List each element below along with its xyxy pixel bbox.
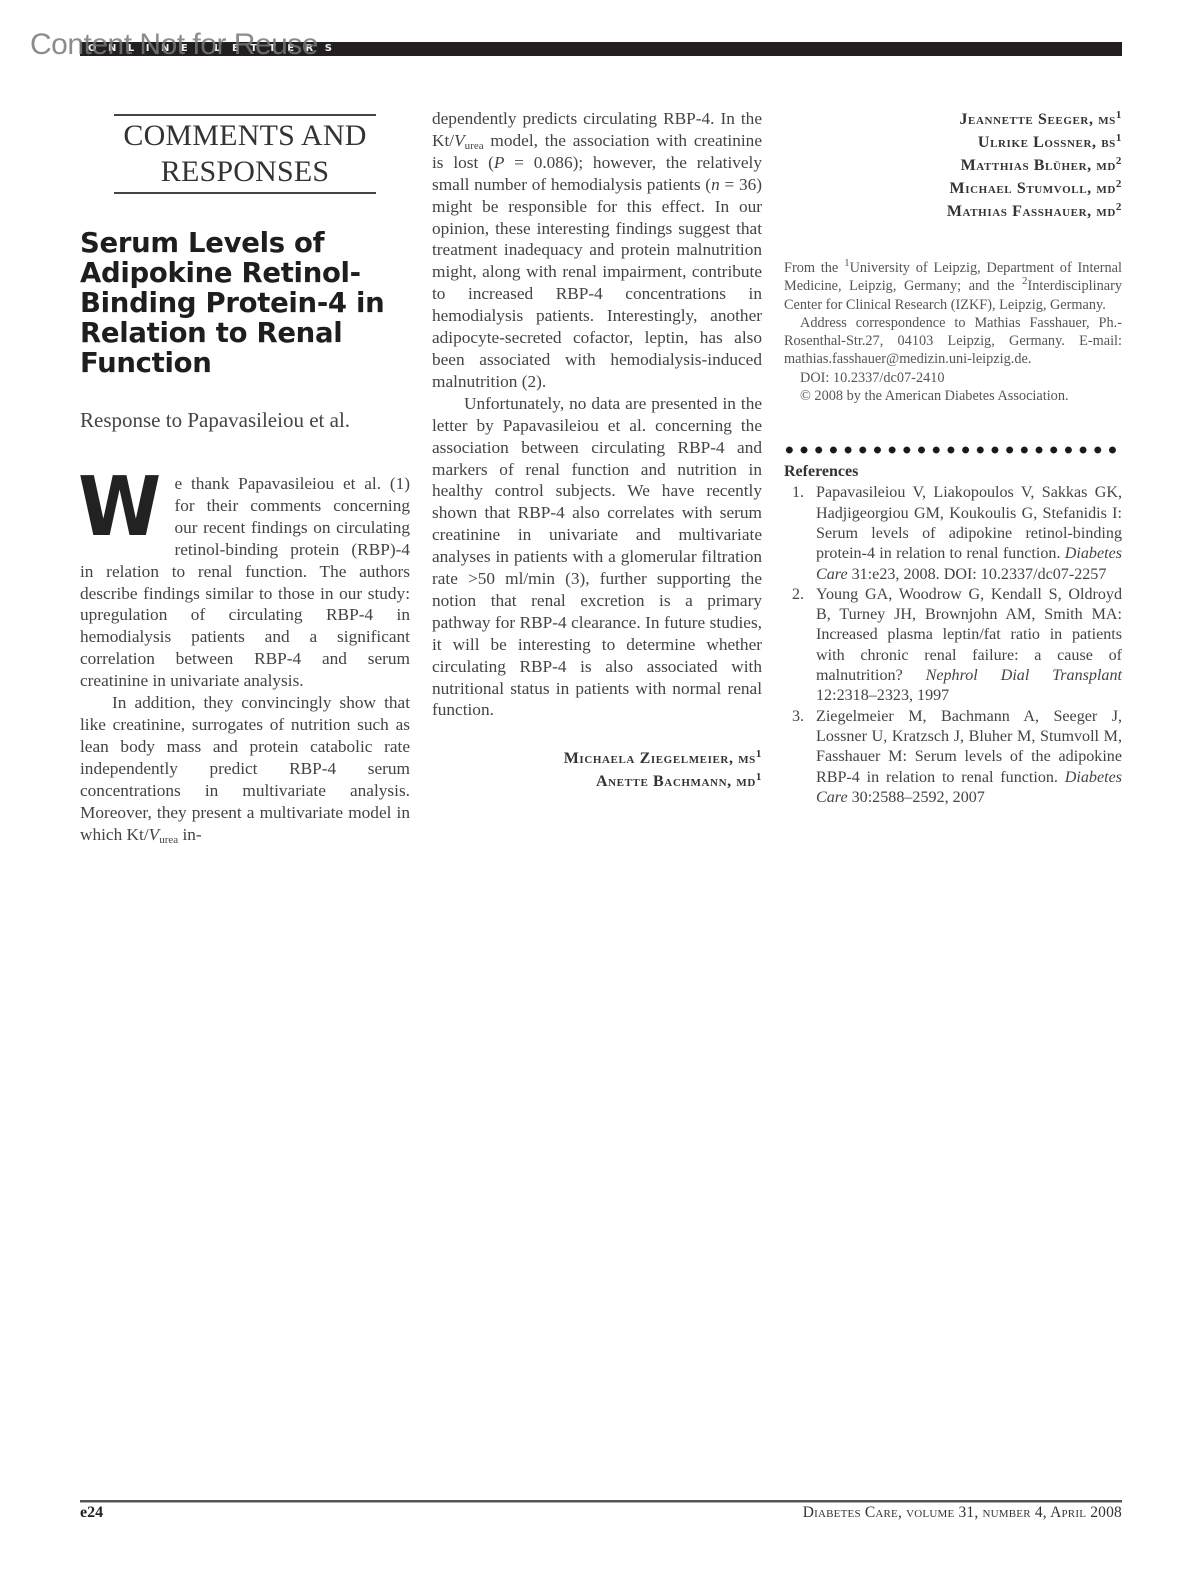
author-signature: Michaela Ziegelmeier, ms1	[432, 747, 762, 770]
watermark: Content Not for Reuse	[30, 28, 318, 62]
column-1: COMMENTS AND RESPONSES Serum Levels of A…	[80, 108, 410, 845]
column-3: Jeannette Seeger, ms1 Ulrike Lossner, bs…	[784, 108, 1122, 808]
section-heading-line2: RESPONSES	[114, 154, 376, 190]
references-list: 1.Papavasileiou V, Liakopoulos V, Sakkas…	[784, 483, 1122, 808]
section-heading: COMMENTS AND RESPONSES	[114, 114, 376, 194]
references-title: References	[784, 461, 1122, 483]
paragraph-2: In addition, they convincingly show that…	[80, 692, 410, 845]
article-subtitle: Response to Papavasileiou et al.	[80, 407, 410, 433]
reference-item: 3.Ziegelmeier M, Bachmann A, Seeger J, L…	[784, 707, 1122, 808]
copyright: © 2008 by the American Diabetes Associat…	[784, 387, 1122, 405]
correspondence-address: Address correspondence to Mathias Fassha…	[784, 314, 1122, 369]
page-number: e24	[80, 1504, 103, 1522]
dotted-separator	[784, 445, 1122, 455]
author-signatures-1: Michaela Ziegelmeier, ms1 Anette Bachman…	[432, 747, 762, 793]
drop-cap: W	[78, 477, 161, 541]
author-signature: Jeannette Seeger, ms1	[784, 108, 1122, 131]
author-signature: Mathias Fasshauer, md2	[784, 200, 1122, 223]
paragraph-1: We thank Papavasileiou et al. (1) for th…	[80, 473, 410, 692]
reference-item: 2.Young GA, Woodrow G, Kendall S, Old­ro…	[784, 585, 1122, 707]
author-signature: Michael Stumvoll, md2	[784, 177, 1122, 200]
journal-name: Nephrol Dial Transplant	[926, 667, 1122, 684]
article-title: Serum Levels of Adipokine Retinol-Bindin…	[80, 228, 410, 378]
affiliation-text: From the 1University of Leipzig, Departm…	[784, 259, 1122, 314]
paragraph-2-continued: dependently predicts circulating RBP-4. …	[432, 108, 762, 393]
article-body-part2: dependently predicts circulating RBP-4. …	[432, 108, 762, 721]
section-heading-line1: COMMENTS AND	[114, 118, 376, 154]
column-2: dependently predicts circulating RBP-4. …	[432, 108, 762, 793]
author-signature: Ulrike Lossner, bs1	[784, 131, 1122, 154]
reference-item: 1.Papavasileiou V, Liakopoulos V, Sakkas…	[784, 483, 1122, 584]
hyphen-fragment: in-	[178, 825, 202, 844]
author-signatures-2: Jeannette Seeger, ms1 Ulrike Lossner, bs…	[784, 108, 1122, 223]
article-body-part1: We thank Papavasileiou et al. (1) for th…	[80, 473, 410, 845]
author-signature: Anette Bachmann, md1	[432, 770, 762, 793]
affiliations: From the 1University of Leipzig, Departm…	[784, 259, 1122, 405]
paragraph-3: Unfortunately, no data are presented in …	[432, 393, 762, 722]
author-signature: Matthias Blūher, md2	[784, 154, 1122, 177]
footer-rule	[80, 1500, 1122, 1503]
journal-reference: Diabetes Care, volume 31, number 4, Apri…	[803, 1504, 1122, 1522]
doi: DOI: 10.2337/dc07-2410	[784, 369, 1122, 387]
